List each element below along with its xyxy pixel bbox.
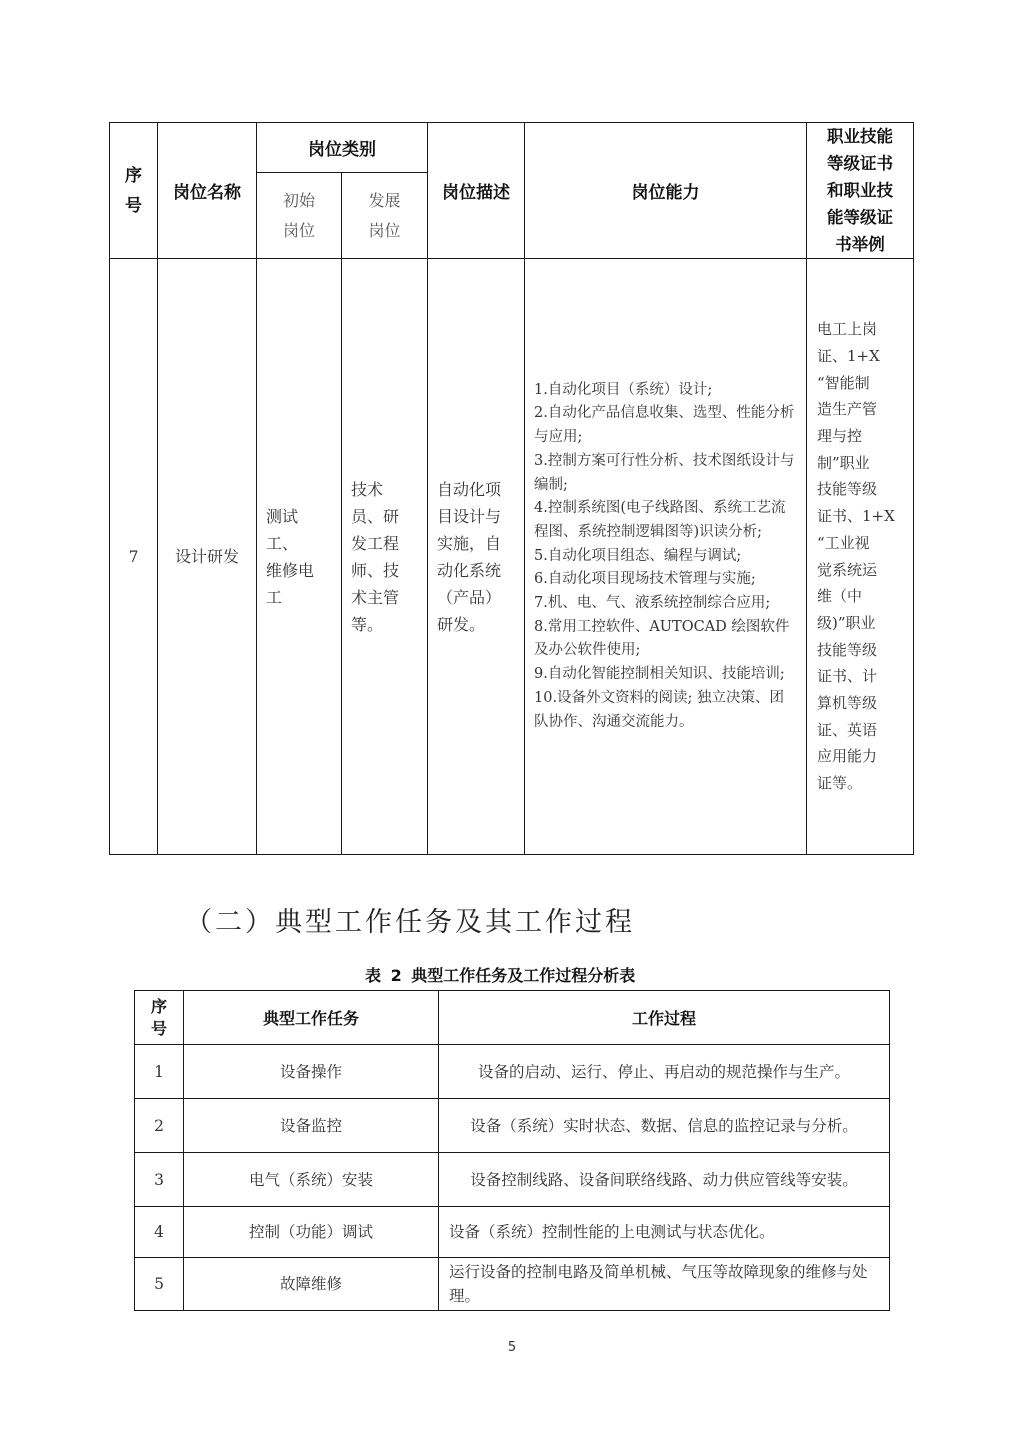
- header-task: 典型工作任务: [184, 991, 439, 1045]
- work-task-table: 序 号 典型工作任务 工作过程 1 设备操作 设备的启动、运行、停止、再启动的规…: [134, 990, 890, 1311]
- row-process: 设备的启动、运行、停止、再启动的规范操作与生产。: [439, 1045, 890, 1099]
- row-task: 设备监控: [184, 1099, 439, 1153]
- table-caption: 表 2 典型工作任务及工作过程分析表: [365, 963, 635, 986]
- row-process: 设备控制线路、设备间联络线路、动力供应管线等安装。: [439, 1153, 890, 1207]
- table-row: 5 故障维修 运行设备的控制电路及简单机械、气压等故障现象的维修与处理。: [135, 1258, 890, 1311]
- row-index: 7: [110, 259, 158, 855]
- header-ability: 岗位能力: [525, 123, 807, 259]
- table-row: 3 电气（系统）安装 设备控制线路、设备间联络线路、动力供应管线等安装。: [135, 1153, 890, 1207]
- ability-item: 6.自动化项目现场技术管理与实施;: [534, 568, 798, 592]
- row-task: 电气（系统）安装: [184, 1153, 439, 1207]
- row-position-name: 设计研发: [158, 259, 257, 855]
- ability-item: 7.机、电、气、液系统控制综合应用;: [534, 592, 798, 616]
- table-row: 7 设计研发 测试 工、 维修电 工 技术 员、研 发工程 师、技 术主管 等。…: [110, 259, 914, 855]
- header-process: 工作过程: [439, 991, 890, 1045]
- header-development-position: 发展 岗位: [342, 173, 428, 259]
- row-index: 5: [135, 1258, 184, 1311]
- row-index: 2: [135, 1099, 184, 1153]
- section-heading: （二）典型工作任务及其工作过程: [185, 900, 635, 939]
- ability-item: 8.常用工控软件、AUTOCAD 绘图软件及办公软件使用;: [534, 616, 798, 663]
- row-index: 4: [135, 1207, 184, 1258]
- row-certificates: 电工上岗 证、1+X “智能制 造生产管 理与控 制”职业 技能等级 证书、1+…: [807, 259, 914, 855]
- row-process: 设备（系统）实时状态、数据、信息的监控记录与分析。: [439, 1099, 890, 1153]
- row-process: 运行设备的控制电路及简单机械、气压等故障现象的维修与处理。: [439, 1258, 890, 1311]
- page-number: 5: [0, 1340, 1024, 1355]
- header-description: 岗位描述: [428, 123, 525, 259]
- table-row: 2 设备监控 设备（系统）实时状态、数据、信息的监控记录与分析。: [135, 1099, 890, 1153]
- row-task: 设备操作: [184, 1045, 439, 1099]
- row-index: 3: [135, 1153, 184, 1207]
- ability-item: 10.设备外文资料的阅读; 独立决策、团队协作、沟通交流能力。: [534, 687, 798, 734]
- row-initial-position: 测试 工、 维修电 工: [257, 259, 342, 855]
- table-row: 4 控制（功能）调试 设备（系统）控制性能的上电测试与状态优化。: [135, 1207, 890, 1258]
- ability-item: 4.控制系统图(电子线路图、系统工艺流程图、系统控制逻辑图等)识读分析;: [534, 497, 798, 544]
- row-index: 1: [135, 1045, 184, 1099]
- row-ability: 1.自动化项目（系统）设计; 2.自动化产品信息收集、选型、性能分析与应用; 3…: [525, 259, 807, 855]
- table-row: 1 设备操作 设备的启动、运行、停止、再启动的规范操作与生产。: [135, 1045, 890, 1099]
- ability-item: 5.自动化项目组态、编程与调试;: [534, 545, 798, 569]
- row-process: 设备（系统）控制性能的上电测试与状态优化。: [439, 1207, 890, 1258]
- row-task: 故障维修: [184, 1258, 439, 1311]
- header-initial-position: 初始 岗位: [257, 173, 342, 259]
- header-index: 序 号: [135, 991, 184, 1045]
- header-certificates: 职业技能 等级证书 和职业技 能等级证 书举例: [807, 123, 914, 259]
- header-position-category: 岗位类别: [257, 123, 428, 173]
- header-index: 序 号: [110, 123, 158, 259]
- row-description: 自动化项 目设计与 实施，自 动化系统 （产品） 研发。: [428, 259, 525, 855]
- row-task: 控制（功能）调试: [184, 1207, 439, 1258]
- ability-item: 3.控制方案可行性分析、技术图纸设计与编制;: [534, 450, 798, 497]
- ability-item: 9.自动化智能控制相关知识、技能培训;: [534, 663, 798, 687]
- header-position-name: 岗位名称: [158, 123, 257, 259]
- row-development-position: 技术 员、研 发工程 师、技 术主管 等。: [342, 259, 428, 855]
- ability-item: 2.自动化产品信息收集、选型、性能分析与应用;: [534, 402, 798, 449]
- ability-item: 1.自动化项目（系统）设计;: [534, 379, 798, 403]
- position-table: 序 号 岗位名称 岗位类别 岗位描述 岗位能力 职业技能 等级证书 和职业技 能…: [109, 122, 914, 855]
